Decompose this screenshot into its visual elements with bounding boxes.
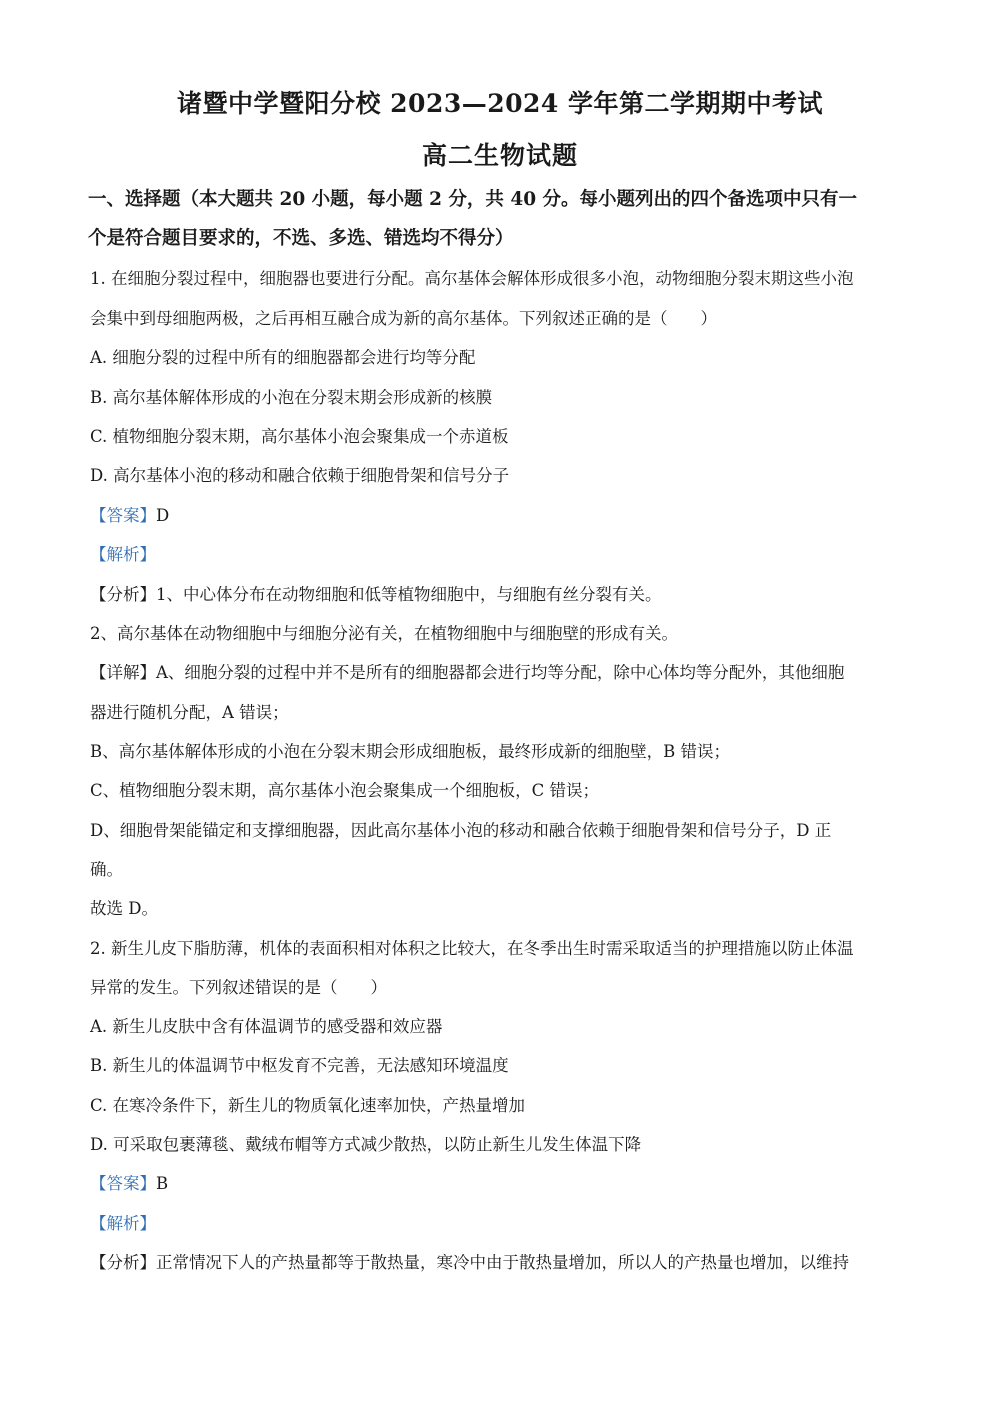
explanation-line: B、高尔基体解体形成的小泡在分裂末期会形成细胞板，最终形成新的细胞壁，B 错误； [90, 740, 730, 764]
explanation-label: 【分析】 [90, 585, 156, 604]
question-stem-line: 异常的发生。下列叙述错误的是（ ） [90, 976, 387, 1000]
question-stem-line: 1. 在细胞分裂过程中，细胞器也要进行分配。高尔基体会解体形成很多小泡，动物细胞… [90, 267, 854, 291]
explanation-line: C、植物细胞分裂末期，高尔基体小泡会聚集成一个细胞板，C 错误； [90, 779, 599, 803]
explanation-line: 2、高尔基体在动物细胞中与细胞分泌有关，在植物细胞中与细胞壁的形成有关。 [90, 622, 678, 646]
option-b: B. 高尔基体解体形成的小泡在分裂末期会形成新的核膜 [90, 386, 492, 410]
option-d: D. 高尔基体小泡的移动和融合依赖于细胞骨架和信号分子 [90, 464, 509, 488]
option-c: C. 在寒冷条件下，新生儿的物质氧化速率加快，产热量增加 [90, 1094, 525, 1118]
analysis-label: 【解析】 [90, 545, 156, 564]
answer-row: 【答案】B [90, 1172, 168, 1196]
option-b: B. 新生儿的体温调节中枢发育不完善，无法感知环境温度 [90, 1054, 509, 1078]
explanation-text: 确。 [90, 860, 123, 879]
explanation-text: 2、高尔基体在动物细胞中与细胞分泌有关，在植物细胞中与细胞壁的形成有关。 [90, 624, 678, 643]
exam-page: 诸暨中学暨阳分校 2023—2024 学年第二学期期中考试 高二生物试题 一、选… [0, 0, 1000, 1414]
answer-label: 【答案】 [90, 1174, 156, 1193]
explanation-line: 故选 D。 [90, 897, 158, 921]
section-heading-line-2: 个是符合题目要求的，不选、多选、错选均不得分） [88, 227, 514, 251]
exam-title: 诸暨中学暨阳分校 2023—2024 学年第二学期期中考试 [0, 84, 1000, 124]
option-a: A. 细胞分裂的过程中所有的细胞器都会进行均等分配 [90, 346, 475, 370]
answer-row: 【答案】D [90, 504, 169, 528]
explanation-text: B、高尔基体解体形成的小泡在分裂末期会形成细胞板，最终形成新的细胞壁，B 错误； [90, 742, 730, 761]
option-a: A. 新生儿皮肤中含有体温调节的感受器和效应器 [90, 1015, 442, 1039]
option-d: D. 可采取包裹薄毯、戴绒布帽等方式减少散热，以防止新生儿发生体温下降 [90, 1133, 641, 1157]
analysis-heading: 【解析】 [90, 543, 156, 567]
option-c: C. 植物细胞分裂末期，高尔基体小泡会聚集成一个赤道板 [90, 425, 509, 449]
answer-value: B [156, 1174, 168, 1193]
explanation-line: 【分析】1、中心体分布在动物细胞和低等植物细胞中，与细胞有丝分裂有关。 [90, 583, 662, 607]
question-stem-line: 2. 新生儿皮下脂肪薄，机体的表面积相对体积之比较大，在冬季出生时需采取适当的护… [90, 937, 854, 961]
explanation-line: 【分析】正常情况下人的产热量都等于散热量，寒冷中由于散热量增加，所以人的产热量也… [90, 1251, 849, 1275]
explanation-text: C、植物细胞分裂末期，高尔基体小泡会聚集成一个细胞板，C 错误； [90, 781, 599, 800]
section-heading-line-1: 一、选择题（本大题共 20 小题，每小题 2 分，共 40 分。每小题列出的四个… [88, 188, 857, 212]
explanation-text: 正常情况下人的产热量都等于散热量，寒冷中由于散热量增加，所以人的产热量也增加，以… [156, 1253, 849, 1272]
analysis-label: 【解析】 [90, 1214, 156, 1233]
explanation-text: 1、中心体分布在动物细胞和低等植物细胞中，与细胞有丝分裂有关。 [156, 585, 662, 604]
analysis-heading: 【解析】 [90, 1212, 156, 1236]
answer-label: 【答案】 [90, 506, 156, 525]
explanation-line: D、细胞骨架能锚定和支撑细胞器，因此高尔基体小泡的移动和融合依赖于细胞骨架和信号… [90, 819, 831, 843]
explanation-text: A、细胞分裂的过程中并不是所有的细胞器都会进行均等分配，除中心体均等分配外，其他… [156, 663, 844, 682]
answer-value: D [156, 506, 169, 525]
explanation-text: D、细胞骨架能锚定和支撑细胞器，因此高尔基体小泡的移动和融合依赖于细胞骨架和信号… [90, 821, 831, 840]
question-stem-line: 会集中到母细胞两极，之后再相互融合成为新的高尔基体。下列叙述正确的是（ ） [90, 307, 717, 331]
explanation-label: 【详解】 [90, 663, 156, 682]
exam-subtitle: 高二生物试题 [0, 136, 1000, 176]
explanation-line: 确。 [90, 858, 123, 882]
explanation-line: 【详解】A、细胞分裂的过程中并不是所有的细胞器都会进行均等分配，除中心体均等分配… [90, 661, 844, 685]
explanation-line: 器进行随机分配，A 错误； [90, 701, 289, 725]
explanation-text: 故选 D。 [90, 899, 158, 918]
explanation-text: 器进行随机分配，A 错误； [90, 703, 289, 722]
explanation-label: 【分析】 [90, 1253, 156, 1272]
